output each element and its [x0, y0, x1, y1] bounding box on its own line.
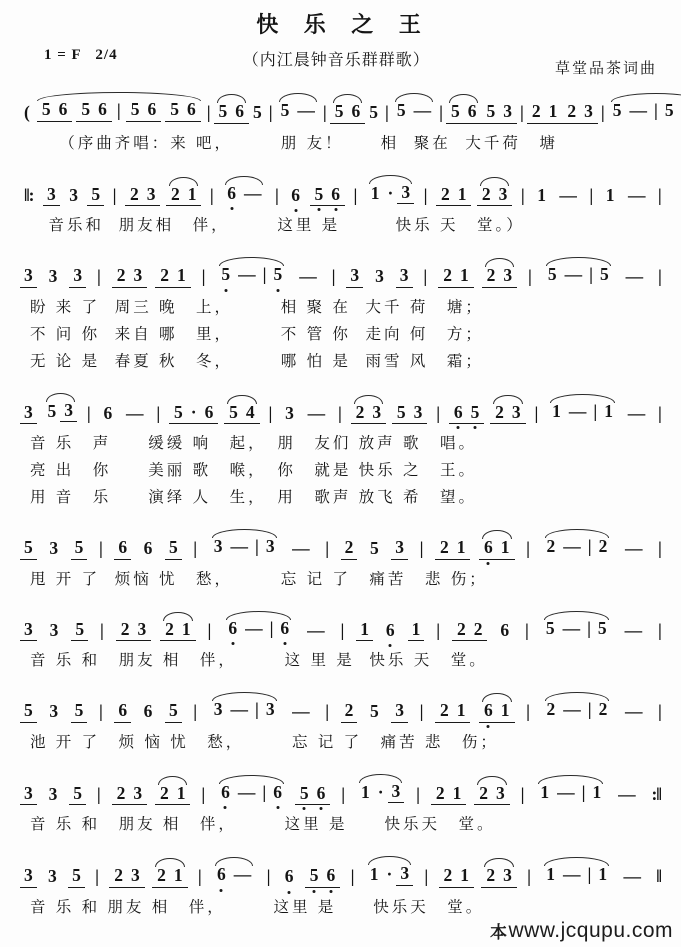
note-number: 5 — [296, 785, 313, 803]
beam-group: 56 — [305, 867, 341, 888]
note-number: 6 — [382, 622, 399, 642]
barline-symbol: | — [205, 622, 215, 642]
slur-group: 5—|5 — [543, 266, 614, 288]
barline-symbol: | — [433, 405, 443, 425]
note-number: 1 — [453, 702, 470, 720]
dash-note-symbol: — — [619, 868, 645, 888]
note-number: 2 — [563, 103, 580, 121]
note-number: 5 — [225, 404, 242, 422]
slur-group: 23 — [477, 186, 513, 207]
note-number: 2 — [113, 785, 130, 803]
note-number: 6 — [201, 404, 218, 422]
slur-group: 1—|1 — [541, 866, 612, 888]
barline-symbol: | — [204, 104, 214, 124]
slur-group: 5—|5 — [216, 266, 287, 288]
beam-group: 56 — [76, 101, 112, 122]
music-line: 535|665|3—|3—|253|2161|2—|2—| — [16, 688, 671, 729]
note-number: 5 — [277, 102, 294, 122]
dash-note-symbol: — — [234, 784, 260, 804]
slur-group: 1·3 — [366, 184, 415, 207]
note-number: 2 — [110, 867, 127, 885]
note-number: 5 — [166, 101, 183, 119]
repeat-barline-symbol: ‖ — [652, 868, 665, 888]
note-number: 5 — [270, 266, 287, 286]
slur-group: 56 — [330, 103, 366, 124]
note-number: 5 — [596, 266, 613, 286]
note-number: 6 — [231, 103, 248, 121]
note-number: 6 — [327, 186, 344, 204]
note-number: 1 — [356, 621, 373, 642]
dash-note-symbol: — — [553, 784, 579, 804]
note-number: 3 — [143, 186, 160, 204]
note-number: 3 — [46, 622, 63, 642]
note-number: 6 — [287, 187, 304, 207]
dash-note-symbol: — — [678, 102, 681, 122]
dash-note-symbol: — — [240, 185, 266, 205]
beam-group: 21 — [436, 186, 472, 207]
lyric-line: （序曲齐唱：来 吧， 朋 友！ 相 聚在 大千荷 塘 — [16, 130, 671, 157]
slur-group: 5—|5 — [541, 620, 612, 642]
song-subtitle: （内江晨钟音乐群群歌） — [118, 47, 555, 70]
beam-group: 56 — [37, 101, 73, 122]
lyric-line: 池 开 了 烦 恼 忧 愁， 忘 记 了 痛苦 悲 伤； — [16, 729, 671, 756]
barline-symbol: | — [417, 540, 427, 560]
note-number: 4 — [242, 404, 259, 422]
note-number: 3 — [495, 186, 512, 204]
note-number: 5 — [366, 703, 383, 723]
note-number: 3 — [43, 186, 60, 207]
barline-symbol: | — [264, 868, 274, 888]
lyric-line: 盼 来 了 周三 晚 上， 相 聚 在 大千 荷 塘； — [16, 294, 671, 321]
note-number: 6 — [348, 103, 365, 121]
barline-symbol: | — [195, 868, 205, 888]
barline-symbol: | — [590, 403, 600, 423]
sheet-music-page: 快 乐 之 王 1 = F 2/4 （内江晨钟音乐群群歌） 草堂品茶词曲 (56… — [0, 0, 681, 947]
lyric-line: 音 乐 和 朋友 相 伴， 这 里 是 快乐 天 堂。 — [16, 647, 671, 674]
dash-note-symbol: — — [622, 268, 648, 288]
note-number: 3 — [45, 703, 62, 723]
barline-symbol: | — [579, 784, 589, 804]
repeat-barline-symbol: ‖: — [20, 187, 38, 207]
note-number: 6 — [450, 404, 467, 422]
slur-group: 5— — [276, 102, 320, 124]
dash-note-symbol: — — [226, 701, 252, 721]
note-number: · — [187, 404, 201, 422]
note-number: 3 — [508, 404, 525, 422]
note-number: 3 — [499, 867, 516, 885]
barline-symbol: | — [96, 703, 106, 723]
barline-symbol: | — [207, 187, 217, 207]
dash-note-symbol: — — [410, 102, 436, 122]
slur-group: 54 — [224, 404, 260, 425]
time-signature: 2/4 — [95, 47, 117, 63]
note-number: 3 — [281, 405, 298, 425]
note-number: 3 — [20, 785, 37, 806]
note-number: 5 — [542, 620, 559, 640]
barline-symbol: | — [84, 405, 94, 425]
note-number: 3 — [44, 868, 61, 888]
barline-symbol: | — [259, 784, 269, 804]
note-number: 3 — [262, 701, 279, 721]
note-number: 2 — [436, 702, 453, 720]
barline-symbol: | — [338, 786, 348, 806]
slur-group: 2—|2 — [542, 538, 613, 560]
music-line: 535|665|3—|3—|253|2161|2—|2—| — [16, 525, 671, 566]
note-number: 5 — [71, 621, 88, 642]
lyric-line: 甩 开 了 烦恼 忧 愁， 忘 记 了 痛苦 悲 伤； — [16, 566, 671, 593]
barline-symbol: | — [421, 187, 431, 207]
composer-credit: 草堂品茶词曲 — [555, 57, 657, 78]
note-number: 6 — [94, 101, 111, 119]
barline-symbol: | — [436, 104, 446, 124]
beam-group: 21 — [438, 267, 474, 288]
dash-note-symbol: — — [614, 786, 640, 806]
dash-note-symbol: — — [234, 266, 260, 286]
dash-note-symbol: — — [241, 620, 267, 640]
note-number: 2 — [113, 267, 130, 285]
note-number: 1 — [548, 403, 565, 423]
beam-group: 23 — [112, 267, 148, 288]
lyric-line: 音 乐 声 缓缓 响 起， 朋 友们 放声 歌 唱。 — [16, 430, 671, 457]
note-number: 5 — [544, 266, 561, 286]
barline-symbol: | — [420, 268, 430, 288]
slur-group: 23 — [474, 785, 510, 806]
note-number: 3 — [20, 621, 37, 642]
barline-symbol: | — [586, 266, 596, 286]
barline-symbol: | — [94, 268, 104, 288]
dash-note-symbol: — — [303, 622, 329, 642]
note-number: 6 — [496, 622, 513, 642]
dash-note-symbol: — — [304, 405, 330, 425]
barline-symbol: | — [522, 622, 532, 642]
note-number: 2 — [482, 867, 499, 885]
barline-symbol: | — [531, 405, 541, 425]
note-number: 5 — [594, 620, 611, 640]
note-number: 6 — [100, 405, 117, 425]
note-number: 3 — [371, 268, 388, 288]
note-number: 6 — [114, 702, 131, 723]
note-number: 3 — [210, 538, 227, 558]
note-number: 2 — [161, 621, 178, 639]
barline-symbol: | — [518, 786, 528, 806]
note-number: 3 — [129, 785, 146, 803]
note-number: 2 — [528, 103, 545, 121]
barline-symbol: | — [523, 703, 533, 723]
note-number: 6 — [55, 101, 72, 119]
note-number: 6 — [464, 103, 481, 121]
note-number: 3 — [262, 538, 279, 558]
note-number: 2 — [478, 186, 495, 204]
note-number: 2 — [470, 621, 487, 639]
barline-symbol: | — [413, 786, 423, 806]
dash-note-symbol: — — [625, 102, 651, 122]
note-number: 1 — [453, 539, 470, 557]
score-line-block: 333|2321|5—|5—|333|2123|5—|5—|盼 来 了 周三 晚… — [16, 253, 671, 375]
beam-group: 5·6 — [169, 404, 218, 425]
note-number: 6 — [217, 784, 234, 804]
note-number: 3 — [127, 867, 144, 885]
dash-note-symbol: — — [621, 540, 647, 560]
score-body: (5656|5656|565|5—|565|5—|5653|2123|5—|5—… — [16, 88, 671, 921]
note-number: 3 — [580, 103, 597, 121]
note-number: 3 — [397, 184, 414, 205]
note-number: 5 — [165, 539, 182, 560]
note-number: 2 — [543, 538, 560, 558]
score-line-block: 335|2321|6—|656|1·3|2123|1—|1—‖音 乐 和 朋友 … — [16, 852, 671, 921]
slur-group: 1—|1 — [535, 784, 606, 806]
barline-symbol: | — [252, 538, 262, 558]
slur-group: 1—|1 — [547, 403, 618, 425]
note-number: 2 — [439, 267, 456, 285]
slur-group: 1·3 — [365, 865, 414, 888]
music-line: 333|2321|5—|5—|333|2123|5—|5—| — [16, 253, 671, 294]
note-number: 3 — [391, 539, 408, 560]
note-number: 2 — [156, 267, 173, 285]
score-line-block: 335|2321|6—|6—|161|226|5—|5—|音 乐 和 朋友 相 … — [16, 607, 671, 675]
note-number: 2 — [491, 404, 508, 422]
slur-group: 53 — [43, 402, 79, 425]
barline-symbol: | — [260, 266, 270, 286]
beam-group: 21 — [431, 785, 467, 806]
note-number: 1 — [357, 784, 374, 804]
barline-symbol: | — [598, 104, 608, 124]
dash-note-symbol: — — [288, 540, 314, 560]
beam-group: 53 — [481, 103, 517, 124]
beam-group: 23 — [125, 186, 161, 207]
barline-symbol: | — [329, 268, 339, 288]
note-number: 5 — [68, 867, 85, 888]
dash-note-symbol: — — [559, 538, 585, 558]
note-number: 3 — [396, 865, 413, 886]
slur-group: 21 — [152, 867, 188, 888]
note-number: 2 — [341, 539, 358, 560]
repeat-barline-symbol: :‖ — [647, 786, 665, 806]
barline-symbol: | — [114, 102, 124, 122]
music-line: 335|2321|6—|6—|161|226|5—|5—| — [16, 607, 671, 648]
barline-symbol: | — [585, 538, 595, 558]
note-number: 1 — [366, 866, 383, 886]
note-number: 3 — [368, 404, 385, 422]
note-number: 2 — [440, 867, 457, 885]
barline-symbol: | — [517, 104, 527, 124]
barline-symbol: | — [252, 701, 262, 721]
lyric-line: 亮 出 你 美丽 歌 喉， 你 就是 快乐 之 王。 — [16, 457, 671, 484]
note-number: 2 — [543, 701, 560, 721]
beam-group: 21 — [155, 267, 191, 288]
barline-symbol: | — [153, 405, 163, 425]
beam-group: 23 — [112, 785, 148, 806]
beam-group: 23 — [116, 621, 152, 642]
beam-group: 65 — [449, 404, 485, 425]
note-number: 3 — [130, 267, 147, 285]
note-number: 6 — [480, 702, 497, 720]
note-number: 3 — [65, 187, 82, 207]
note-number: 5 — [77, 101, 94, 119]
lyric-line: 音乐和 朋友相 伴， 这里 是 快乐 天 堂。） — [16, 212, 671, 239]
note-number: 5 — [170, 404, 187, 422]
slur-group: 61 — [479, 702, 515, 723]
dash-note-symbol: — — [555, 187, 581, 207]
barline-symbol: | — [97, 622, 107, 642]
dash-note-symbol: — — [230, 866, 256, 886]
note-number: 5 — [467, 404, 484, 422]
note-number: 5 — [71, 702, 88, 723]
beam-group: 21 — [527, 103, 563, 124]
beam-group: 23 — [109, 867, 145, 888]
note-number: 5 — [249, 104, 266, 124]
note-number: 1 — [602, 187, 619, 207]
note-number: 5 — [609, 102, 626, 122]
note-number: 6 — [143, 101, 160, 119]
note-number: 2 — [432, 785, 449, 803]
slur-group: 6—|6 — [223, 620, 294, 642]
dash-note-symbol: — — [288, 703, 314, 723]
note-number: 2 — [117, 621, 134, 639]
note-number: 1 — [545, 103, 562, 121]
dash-note-symbol: — — [295, 268, 321, 288]
note-number: · — [384, 185, 398, 205]
note-number: · — [374, 784, 388, 804]
note-number: 2 — [475, 785, 492, 803]
slur-group: 5— — [392, 102, 436, 124]
barline-symbol: | — [198, 786, 208, 806]
note-number: 1 — [170, 867, 187, 885]
note-number: ( — [20, 104, 34, 124]
note-number: 5 — [393, 404, 410, 422]
beam-group: 56 — [310, 186, 346, 207]
barline-symbol: | — [655, 703, 665, 723]
slur-group: 5656|5656 — [34, 101, 204, 124]
barline-symbol: | — [417, 703, 427, 723]
note-number: 3 — [391, 702, 408, 723]
beam-group: 56 — [165, 101, 201, 122]
note-number: 1 — [456, 867, 473, 885]
note-number: 6 — [323, 867, 340, 885]
dash-note-symbol: — — [624, 405, 650, 425]
score-line-block: 535|665|3—|3—|253|2161|2—|2—|池 开 了 烦 恼 忧… — [16, 688, 671, 756]
barline-symbol: | — [322, 703, 332, 723]
note-number: 1 — [542, 866, 559, 886]
lyric-line: 用 音 乐 演绎 人 生， 用 歌声 放飞 希 望。 — [16, 484, 671, 511]
note-number: 3 — [396, 267, 413, 288]
note-number: 3 — [346, 267, 363, 288]
note-number: 1 — [456, 267, 473, 285]
barline-symbol: | — [190, 540, 200, 560]
barline-symbol: | — [335, 405, 345, 425]
note-number: 6 — [313, 785, 330, 803]
note-number: 5 — [20, 702, 37, 723]
lyric-line: 无 论 是 春夏 秋 冬， 哪 怕 是 雨雪 风 霜； — [16, 348, 671, 375]
note-number: 3 — [45, 540, 62, 560]
music-line: 353|6—|5·654|3—|2353|6523|1—|1—| — [16, 389, 671, 431]
note-number: 2 — [595, 538, 612, 558]
key-time-signature: 1 = F 2/4 — [44, 47, 118, 64]
note-number: 3 — [69, 267, 86, 288]
barline-symbol: | — [655, 622, 665, 642]
dash-note-symbol: — — [122, 405, 148, 425]
score-line-block: 535|665|3—|3—|253|2161|2—|2—|甩 开 了 烦恼 忧 … — [16, 525, 671, 593]
slur-group: 21 — [166, 186, 202, 207]
slur-group: 6— — [222, 185, 266, 207]
note-number: 1 — [178, 621, 195, 639]
note-number: 1 — [367, 185, 384, 205]
slur-group: 3—|3 — [209, 538, 280, 560]
slur-group: 23 — [481, 867, 517, 888]
barline-symbol: | — [524, 868, 534, 888]
note-number: 5 — [482, 103, 499, 121]
score-line-block: 335|2321|6—|656|1·3|2123|1—|1—:‖音 乐 和 朋友… — [16, 770, 671, 839]
note-number: 3 — [60, 402, 77, 423]
note-number: 6 — [140, 703, 157, 723]
barline-symbol: | — [655, 187, 665, 207]
barline-symbol: | — [655, 540, 665, 560]
dash-note-symbol: — — [559, 701, 585, 721]
beam-group: 56 — [126, 101, 162, 122]
note-number: 6 — [281, 868, 298, 888]
barline-symbol: | — [199, 268, 209, 288]
score-line-block: (5656|5656|565|5—|565|5—|5653|2123|5—|5—… — [16, 88, 671, 157]
barline-symbol: | — [190, 703, 200, 723]
barline-symbol: | — [266, 104, 276, 124]
dash-note-symbol: — — [621, 703, 647, 723]
note-number: 1 — [408, 621, 425, 642]
note-number: 3 — [20, 867, 37, 888]
note-number: 5 — [661, 102, 678, 122]
note-number: 6 — [114, 539, 131, 560]
note-number: 5 — [127, 101, 144, 119]
note-number: 1 — [600, 403, 617, 423]
note-number: 1 — [497, 539, 514, 557]
note-number: 6 — [224, 620, 241, 640]
note-number: 1 — [533, 187, 550, 207]
watermark-url: www.jcqupu.com — [508, 919, 673, 943]
barline-symbol: | — [651, 102, 661, 122]
music-line: (5656|5656|565|5—|565|5—|5653|2123|5—|5—… — [16, 88, 671, 130]
slur-group: 23 — [490, 404, 526, 425]
jcqupu-logo-icon: 本 — [490, 918, 508, 943]
slur-group: 21 — [160, 621, 196, 642]
note-number: 5 — [87, 186, 104, 207]
beam-group: 23 — [562, 103, 598, 124]
barline-symbol: | — [655, 405, 665, 425]
note-number: 5 — [69, 785, 86, 806]
note-number: 5 — [447, 103, 464, 121]
barline-symbol: | — [350, 187, 360, 207]
dash-note-symbol: — — [293, 102, 319, 122]
barline-symbol: | — [96, 540, 106, 560]
note-number: 5 — [306, 867, 323, 885]
barline-symbol: | — [265, 405, 275, 425]
slur-group: 6— — [212, 866, 256, 888]
barline-symbol: | — [523, 540, 533, 560]
note-number: 2 — [453, 621, 470, 639]
barline-symbol: | — [92, 868, 102, 888]
note-number: 5 — [217, 266, 234, 286]
note-number: 1 — [449, 785, 466, 803]
dash-note-symbol: — — [559, 866, 585, 886]
note-number: 3 — [45, 268, 62, 288]
note-number: 2 — [483, 267, 500, 285]
note-number: 3 — [45, 786, 62, 806]
barline-symbol: | — [348, 868, 358, 888]
dash-note-symbol: — — [559, 620, 585, 640]
note-number: 2 — [153, 867, 170, 885]
note-number: 5 — [393, 102, 410, 122]
score-meta-row: 1 = F 2/4 （内江晨钟音乐群群歌） 草堂品茶词曲 — [30, 47, 657, 78]
beam-group: 56 — [295, 785, 331, 806]
slur-group: 23 — [351, 404, 387, 425]
note-number: 3 — [492, 785, 509, 803]
